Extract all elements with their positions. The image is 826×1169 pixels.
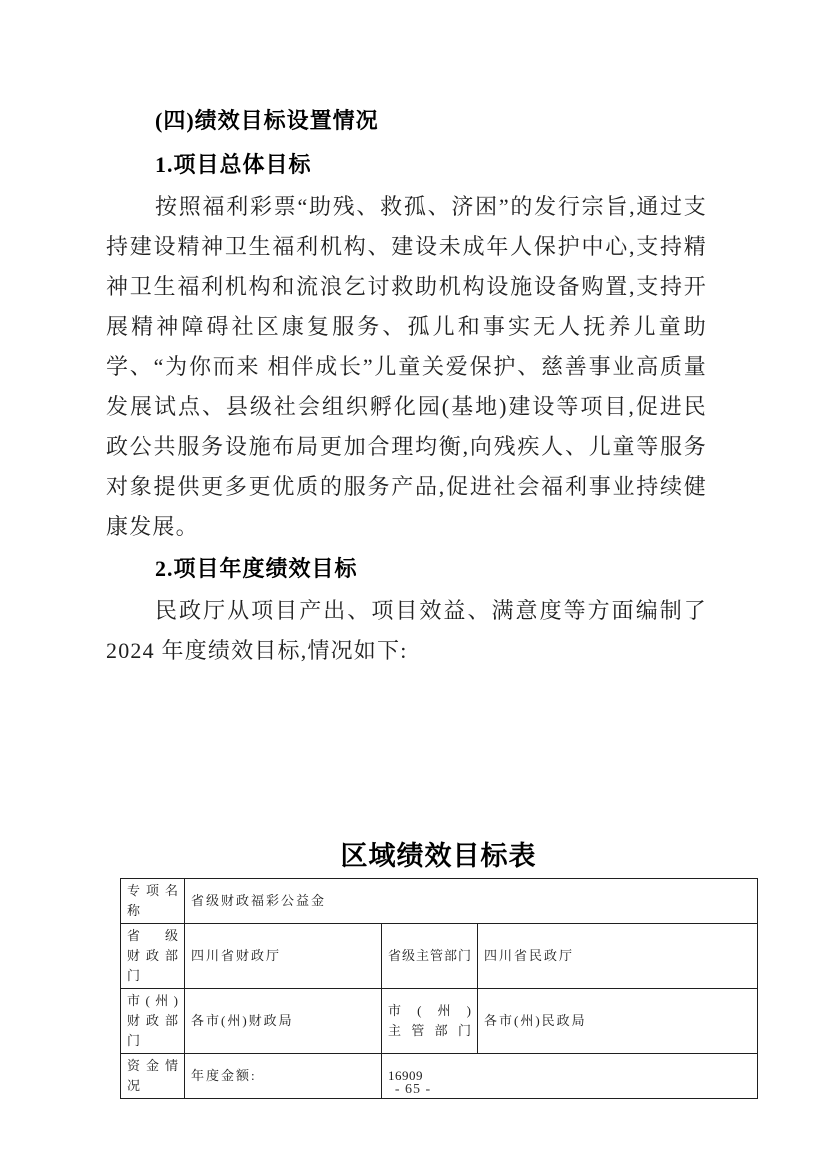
city-competent-dept-value-cell: 各市(州)民政局 xyxy=(478,989,758,1054)
city-finance-dept-label-cell: 市(州) 财政部门 xyxy=(121,989,185,1054)
special-fund-name-label-cell: 专项名称 xyxy=(121,879,185,924)
section-heading: (四)绩效目标设置情况 xyxy=(106,99,707,143)
provincial-competent-dept-value-cell: 四川省民政厅 xyxy=(478,924,758,989)
annual-goal-paragraph: 民政厅从项目产出、项目效益、满意度等方面编制了2024 年度绩效目标,情况如下: xyxy=(106,591,707,671)
table-title: 区域绩效目标表 xyxy=(120,839,757,873)
overall-goal-paragraph: 按照福利彩票“助残、救孤、济困”的发行宗旨,通过支持建设精神卫生福利机构、建设未… xyxy=(106,187,707,547)
table-row: 专项名称 省级财政福彩公益金 xyxy=(121,879,758,924)
provincial-finance-dept-label-cell: 省级 财政部门 xyxy=(121,924,185,989)
city-finance-dept-value-cell: 各市(州)财政局 xyxy=(185,989,382,1054)
document-body: (四)绩效目标设置情况 1.项目总体目标 按照福利彩票“助残、救孤、济困”的发行… xyxy=(106,99,707,671)
subsection-overall-goal-heading: 1.项目总体目标 xyxy=(106,143,707,187)
region-performance-table-section: 区域绩效目标表 专项名称 省级财政福彩公益金 省级 财政部门 四川省财政厅 省级… xyxy=(120,839,757,1099)
subsection-annual-goal-heading: 2.项目年度绩效目标 xyxy=(106,547,707,591)
city-competent-dept-label-cell: 市(州) 主管部门 xyxy=(382,989,478,1054)
document-page: (四)绩效目标设置情况 1.项目总体目标 按照福利彩票“助残、救孤、济困”的发行… xyxy=(0,0,826,1169)
table-row: 省级 财政部门 四川省财政厅 省级主管部门 四川省民政厅 xyxy=(121,924,758,989)
provincial-competent-dept-label-cell: 省级主管部门 xyxy=(382,924,478,989)
page-number: - 65 - xyxy=(0,1082,826,1098)
table-row: 市(州) 财政部门 各市(州)财政局 市(州) 主管部门 各市(州)民政局 xyxy=(121,989,758,1054)
special-fund-name-value-cell: 省级财政福彩公益金 xyxy=(185,879,758,924)
provincial-finance-dept-value-cell: 四川省财政厅 xyxy=(185,924,382,989)
region-performance-table: 专项名称 省级财政福彩公益金 省级 财政部门 四川省财政厅 省级主管部门 四川省… xyxy=(120,878,758,1099)
